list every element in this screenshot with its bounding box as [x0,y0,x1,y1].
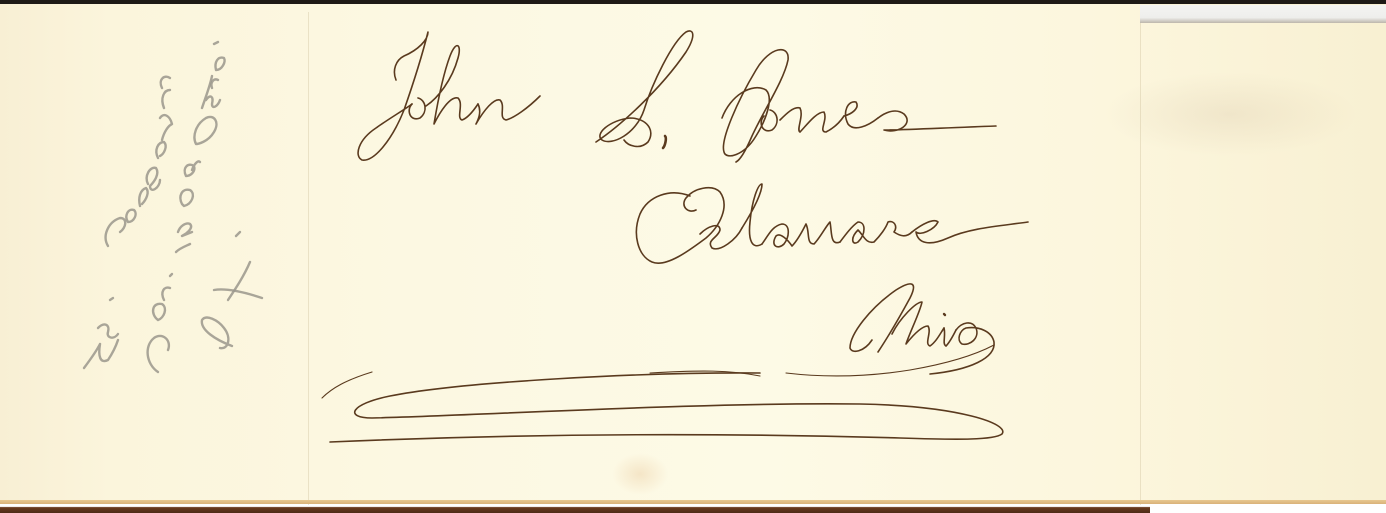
place-delaware [636,184,1028,263]
pencil-annotation [84,42,262,372]
pencil-line-u-s-congress [84,77,172,368]
signature-john-s-jones [358,31,996,162]
pencil-line-inf [202,232,262,348]
pencil-line-col-120-ohio [148,42,225,372]
handwriting-layer [0,0,1386,513]
place-ohio [850,284,994,374]
signature-flourish [322,345,1003,442]
